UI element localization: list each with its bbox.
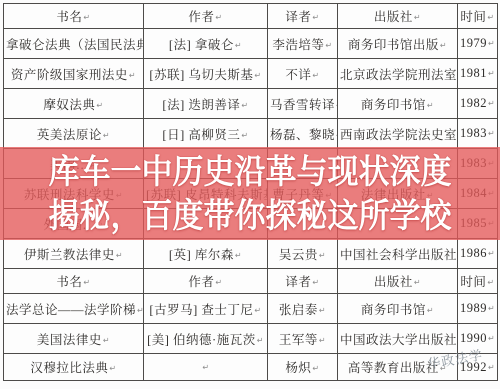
table-row: 拿破仑法典（法国民法典）↵[法] 拿破仑↵李浩培等↵商务印书馆出版↵1979↵ (4, 29, 498, 59)
paragraph-mark: ↵ (319, 306, 326, 315)
paragraph-mark: ↵ (109, 364, 116, 373)
paragraph-mark: ↵ (312, 71, 319, 80)
table-row: 汉穆拉比法典↵↵杨炽↵高等教育出版社↵1992↵ (4, 354, 498, 381)
table-row: 英美法原论↵[日] 高柳贤三↵杨磊、黎晓↵西南政法学院法史室↵1983↵ (4, 119, 498, 149)
paragraph-mark: ↵ (215, 278, 222, 287)
paragraph-mark: ↵ (254, 306, 261, 315)
table-cell: 作者↵ (144, 269, 268, 294)
promo-banner: 库车一中历史沿革与现状深度 揭秘，百度带你探秘这所学校 (0, 147, 500, 240)
table-cell: 商务印书馆↵ (338, 89, 458, 119)
table-row: 资产阶级国家刑法史↵[苏联] 乌切夫斯基↵不详↵北京政法学院刑法室↵1981↵ (4, 59, 498, 89)
paragraph-mark: ↵ (202, 363, 209, 372)
table-cell: 1986↵ (458, 239, 498, 269)
table-cell: 1979↵ (458, 29, 498, 59)
table-cell: 译者↵ (268, 269, 338, 294)
table-cell: 吴云贵↵ (268, 239, 338, 269)
paragraph-mark: ↵ (137, 306, 143, 315)
paragraph-mark: ↵ (103, 336, 110, 345)
document-page: 书名↵作者↵译者↵出版社↵时间↵拿破仑法典（法国民法典）↵[法] 拿破仑↵李浩培… (0, 0, 500, 389)
table-row: 美国法律史↵[美] 伯纳德·施瓦茨↵王军等↵中国政法大学出版社↵1990↵ (4, 324, 498, 354)
promo-banner-line2: 揭秘，百度带你探秘这所学校 (49, 192, 452, 240)
table-cell: 时间↵ (458, 4, 498, 29)
table-cell: 杨炽↵ (268, 354, 338, 381)
paragraph-mark: ↵ (414, 13, 421, 22)
paragraph-mark: ↵ (235, 41, 242, 50)
table-cell: 中国政法大学出版社↵ (338, 324, 458, 354)
paragraph-mark: ↵ (488, 99, 495, 108)
paragraph-mark: ↵ (103, 131, 110, 140)
paragraph-mark: ↵ (129, 71, 136, 80)
table-cell: [古罗马] 查士丁尼↵ (144, 294, 268, 324)
paragraph-mark: ↵ (254, 71, 261, 80)
paragraph-mark: ↵ (257, 336, 264, 345)
paragraph-mark: ↵ (116, 251, 123, 260)
paragraph-mark: ↵ (312, 278, 319, 287)
paragraph-mark: ↵ (488, 334, 495, 343)
paragraph-mark: ↵ (488, 249, 495, 258)
table-cell: 杨磊、黎晓↵ (268, 119, 338, 149)
table-cell: 商务印书馆↵ (338, 294, 458, 324)
header-row: 书名↵作者↵译者↵出版社↵时间↵ (4, 4, 498, 29)
paragraph-mark: ↵ (488, 363, 495, 372)
table-cell: 法学总论——法学阶梯↵ (4, 294, 144, 324)
table-cell: 不详↵ (268, 59, 338, 89)
table-cell: 李浩培等↵ (268, 29, 338, 59)
paragraph-mark: ↵ (319, 251, 326, 260)
paragraph-mark: ↵ (427, 101, 434, 110)
paragraph-mark: ↵ (319, 336, 326, 345)
table-cell: 中国社会科学出版社↵ (338, 239, 458, 269)
paragraph-mark: ↵ (414, 278, 421, 287)
paragraph-mark: ↵ (83, 278, 90, 287)
table-cell: [日] 高柳贤三↵ (144, 119, 268, 149)
table-cell: 摩奴法典↵ (4, 89, 144, 119)
paragraph-mark: ↵ (241, 131, 248, 140)
paragraph-mark: ↵ (488, 129, 495, 138)
table-cell: 1982↵ (458, 89, 498, 119)
table-cell: [苏联] 乌切夫斯基↵ (144, 59, 268, 89)
table-cell: 时间↵ (458, 269, 498, 294)
table-cell: 英美法原论↵ (4, 119, 144, 149)
table-cell: [法] 拿破仑↵ (144, 29, 268, 59)
table-cell: 商务印书馆出版↵ (338, 29, 458, 59)
table-cell: 马香雪转译↵ (268, 89, 338, 119)
paragraph-mark: ↵ (325, 41, 332, 50)
paragraph-mark: ↵ (488, 69, 495, 78)
paragraph-mark: ↵ (312, 364, 319, 373)
paragraph-mark: ↵ (83, 13, 90, 22)
paragraph-mark: ↵ (487, 278, 494, 287)
paragraph-mark: ↵ (488, 304, 495, 313)
table-cell: 译者↵ (268, 4, 338, 29)
table-cell: [法] 迭朗善译↵ (144, 89, 268, 119)
paragraph-mark: ↵ (96, 101, 103, 110)
table-cell: 书名↵ (4, 4, 144, 29)
table-cell: 作者↵ (144, 4, 268, 29)
table-cell: 伊斯兰教法律史↵ (4, 239, 144, 269)
table-cell: 出版社↵ (338, 269, 458, 294)
table-cell: 王军等↵ (268, 324, 338, 354)
table-cell: 拿破仑法典（法国民法典）↵ (4, 29, 144, 59)
table-cell: 1989↵ (458, 294, 498, 324)
table-cell: 汉穆拉比法典↵ (4, 354, 144, 381)
table-cell: 资产阶级国家刑法史↵ (4, 59, 144, 89)
table-cell: 1981↵ (458, 59, 498, 89)
paragraph-mark: ↵ (488, 39, 495, 48)
paragraph-mark: ↵ (215, 13, 222, 22)
table-cell: 西南政法学院法史室↵ (338, 119, 458, 149)
table-cell: 出版社↵ (338, 4, 458, 29)
header-row: 书名↵作者↵译者↵出版社↵时间↵ (4, 269, 498, 294)
table-row: 伊斯兰教法律史↵[英] 库尔森↵吴云贵↵中国社会科学出版社↵1986↵ (4, 239, 498, 269)
paragraph-mark: ↵ (427, 306, 434, 315)
paragraph-mark: ↵ (487, 13, 494, 22)
promo-banner-line1: 库车一中历史沿革与现状深度 (49, 148, 452, 196)
table-cell: 1983↵ (458, 119, 498, 149)
paragraph-mark: ↵ (235, 251, 242, 260)
table-cell: 北京政法学院刑法室↵ (338, 59, 458, 89)
paragraph-mark: ↵ (312, 13, 319, 22)
paragraph-mark: ↵ (241, 101, 248, 110)
table-cell: ↵ (144, 354, 268, 381)
table-cell: 张启泰↵ (268, 294, 338, 324)
table-cell: 美国法律史↵ (4, 324, 144, 354)
table-cell: [英] 库尔森↵ (144, 239, 268, 269)
paragraph-mark: ↵ (440, 41, 447, 50)
table-row: 法学总论——法学阶梯↵[古罗马] 查士丁尼↵张启泰↵商务印书馆↵1989↵ (4, 294, 498, 324)
table-cell: [美] 伯纳德·施瓦茨↵ (144, 324, 268, 354)
table-cell: 书名↵ (4, 269, 144, 294)
table-row: 摩奴法典↵[法] 迭朗善译↵马香雪转译↵商务印书馆↵1982↵ (4, 89, 498, 119)
